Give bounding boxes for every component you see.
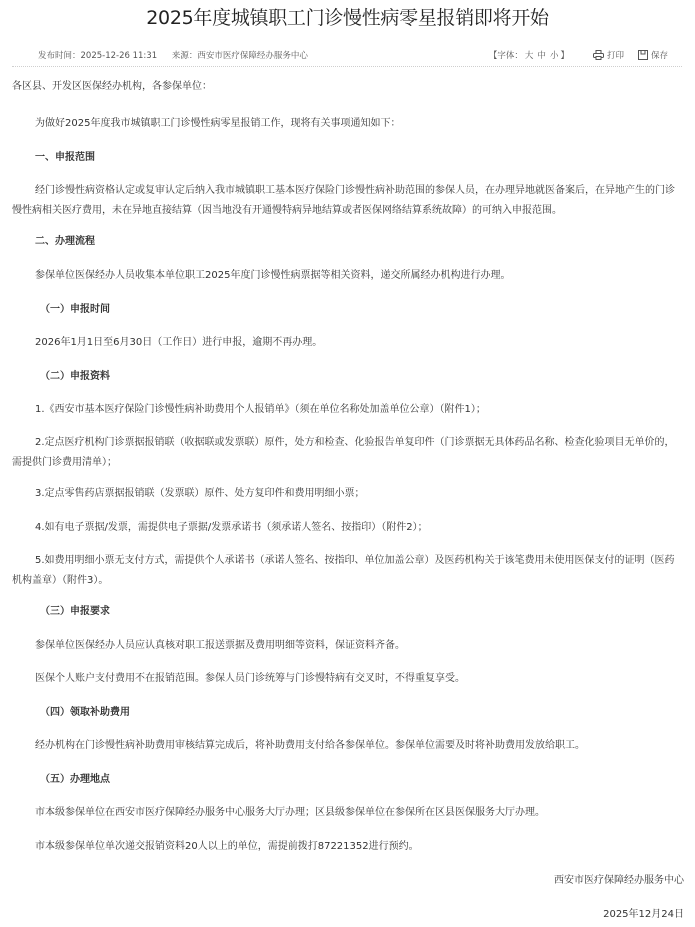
intro-paragraph: 为做好2025年度我市城镇职工门诊慢性病零星报销工作，现将有关事项通知如下： [12,114,684,134]
subsection-heading-time: （一）申报时间 [12,300,684,320]
source-info: 来源：西安市医疗保障经办服务中心 [172,51,308,61]
publish-label: 发布时间： [38,51,81,61]
article-meta-bar: 发布时间：2025-12-26 11:31 来源：西安市医疗保障经办服务中心 【… [12,47,682,67]
font-size-bracket: 】 [560,51,569,61]
article-tools: 【字体：大中小】 打印 保存 [489,49,668,61]
location-text: 市本级参保单位单次递交报销资料20人以上的单位，需提前拨打87221352进行预… [12,837,684,857]
print-label: 打印 [607,49,624,61]
subsection-text-time: 2026年1月1日至6月30日（工作日）进行申报，逾期不再办理。 [12,333,684,353]
font-size-large-button[interactable]: 大 [525,51,534,61]
materials-item: 3.定点零售药店票据报销联（发票联）原件、处方复印件和费用明细小票； [12,484,684,504]
subsidy-text: 经办机构在门诊慢性病补助费用审核结算完成后，将补助费用支付给各参保单位。参保单位… [12,736,684,756]
save-button[interactable]: 保存 [638,49,668,61]
font-size-small-button[interactable]: 小 [550,51,559,61]
requirements-text: 参保单位医保经办人员应认真核对职工报送票据及费用明细等资料，保证资料齐备。 [12,636,684,656]
section-heading-process: 二、办理流程 [12,232,684,252]
subsection-heading-requirements: （三）申报要求 [12,602,684,622]
salutation: 各区县、开发区医保经办机构，各参保单位： [12,77,684,97]
source-label: 来源： [172,51,198,61]
signature: 西安市医疗保障经办服务中心 [12,871,684,891]
publish-info: 发布时间：2025-12-26 11:31 [38,51,157,61]
materials-item: 1.《西安市基本医疗保险门诊慢性病补助费用个人报销单》（须在单位名称处加盖单位公… [12,400,684,420]
materials-item: 5.如费用明细小票无支付方式，需提供个人承诺书（承诺人签名、按指印、单位加盖公章… [12,551,684,591]
signature-date: 2025年12月24日 [12,905,684,925]
section-heading-scope: 一、申报范围 [12,148,684,168]
font-size-label: 【字体： [489,51,523,61]
subsection-heading-subsidy: （四）领取补助费用 [12,703,684,723]
section-text-process: 参保单位医保经办人员收集本单位职工2025年度门诊慢性病票据等相关资料，递交所属… [12,266,684,286]
print-button[interactable]: 打印 [593,49,624,61]
location-text: 市本级参保单位在西安市医疗保障经办服务中心服务大厅办理；区县级参保单位在参保所在… [12,803,684,823]
materials-item: 4.如有电子票据/发票，需提供电子票据/发票承诺书（须承诺人签名、按指印）（附件… [12,518,684,538]
page-title: 2025年度城镇职工门诊慢性病零星报销即将开始 [0,6,695,30]
subsection-heading-location: （五）办理地点 [12,770,684,790]
article-meta-info: 发布时间：2025-12-26 11:31 来源：西安市医疗保障经办服务中心 [38,49,320,61]
publish-time: 2025-12-26 11:31 [81,51,158,61]
source-name: 西安市医疗保障经办服务中心 [197,51,308,61]
printer-icon [593,50,604,60]
requirements-text: 医保个人账户支付费用不在报销范围。参保人员门诊统筹与门诊慢特病有交叉时，不得重复… [12,669,684,689]
section-text-scope: 经门诊慢性病资格认定或复审认定后纳入我市城镇职工基本医疗保险门诊慢性病补助范围的… [12,181,684,221]
font-size-control: 【字体：大中小】 [489,49,569,61]
save-label: 保存 [651,49,668,61]
subsection-heading-materials: （二）申报资料 [12,367,684,387]
materials-item: 2.定点医疗机构门诊票据报销联（收据联或发票联）原件，处方和检查、化验报告单复印… [12,433,684,473]
font-size-medium-button[interactable]: 中 [537,51,546,61]
save-icon [638,50,648,60]
